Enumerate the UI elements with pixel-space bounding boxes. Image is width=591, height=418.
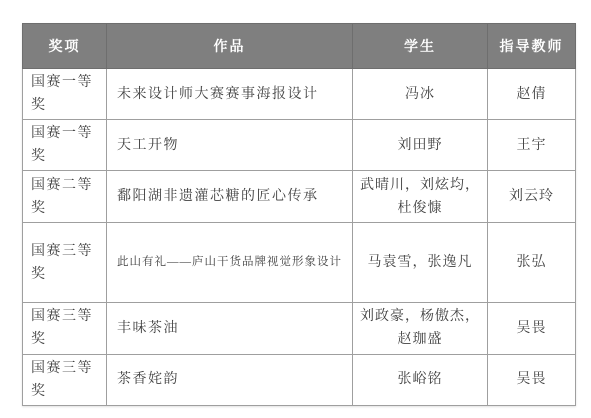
cell-teacher: 王宇 [488,120,576,171]
table-row: 国赛一等奖 未来设计师大赛赛事海报设计 冯冰 赵倩 [23,69,576,120]
cell-work: 茶香姹韵 [107,354,353,405]
cell-work: 此山有礼——庐山干货品牌视觉形象设计 [107,223,353,303]
cell-award: 国赛一等奖 [23,120,107,171]
header-cell-student: 学生 [353,24,488,69]
cell-student: 刘田野 [353,120,488,171]
header-cell-award: 奖项 [23,24,107,69]
cell-student: 武晴川，刘炫均，杜俊慷 [353,171,488,223]
cell-award: 国赛一等奖 [23,69,107,120]
cell-award: 国赛三等奖 [23,223,107,303]
cell-teacher: 赵倩 [488,69,576,120]
cell-award: 国赛三等奖 [23,303,107,354]
cell-teacher: 吴畏 [488,303,576,354]
table-row: 国赛三等奖 此山有礼——庐山干货品牌视觉形象设计 马袁雪，张逸凡 张弘 [23,223,576,303]
cell-award: 国赛二等奖 [23,171,107,223]
cell-student: 马袁雪，张逸凡 [353,223,488,303]
cell-award: 国赛三等奖 [23,354,107,405]
cell-work: 未来设计师大赛赛事海报设计 [107,69,353,120]
table-row: 国赛二等奖 鄱阳湖非遗灌芯糖的匠心传承 武晴川，刘炫均，杜俊慷 刘云玲 [23,171,576,223]
cell-teacher: 吴畏 [488,354,576,405]
table-row: 国赛一等奖 天工开物 刘田野 王宇 [23,120,576,171]
page-background: 奖项 作品 学生 指导教师 国赛一等奖 未来设计师大赛赛事海报设计 冯冰 赵倩 … [0,0,591,418]
cell-student: 冯冰 [353,69,488,120]
cell-work: 丰味茶油 [107,303,353,354]
header-cell-work: 作品 [107,24,353,69]
cell-teacher: 张弘 [488,223,576,303]
cell-teacher: 刘云玲 [488,171,576,223]
table-row: 国赛三等奖 茶香姹韵 张峪铭 吴畏 [23,354,576,405]
cell-work: 天工开物 [107,120,353,171]
table-row: 国赛三等奖 丰味茶油 刘政豪，杨傲杰，赵珈盛 吴畏 [23,303,576,354]
table-header-row: 奖项 作品 学生 指导教师 [23,24,576,69]
cell-student: 张峪铭 [353,354,488,405]
header-cell-teacher: 指导教师 [488,24,576,69]
cell-student: 刘政豪，杨傲杰，赵珈盛 [353,303,488,354]
awards-table: 奖项 作品 学生 指导教师 国赛一等奖 未来设计师大赛赛事海报设计 冯冰 赵倩 … [22,23,576,406]
cell-work: 鄱阳湖非遗灌芯糖的匠心传承 [107,171,353,223]
